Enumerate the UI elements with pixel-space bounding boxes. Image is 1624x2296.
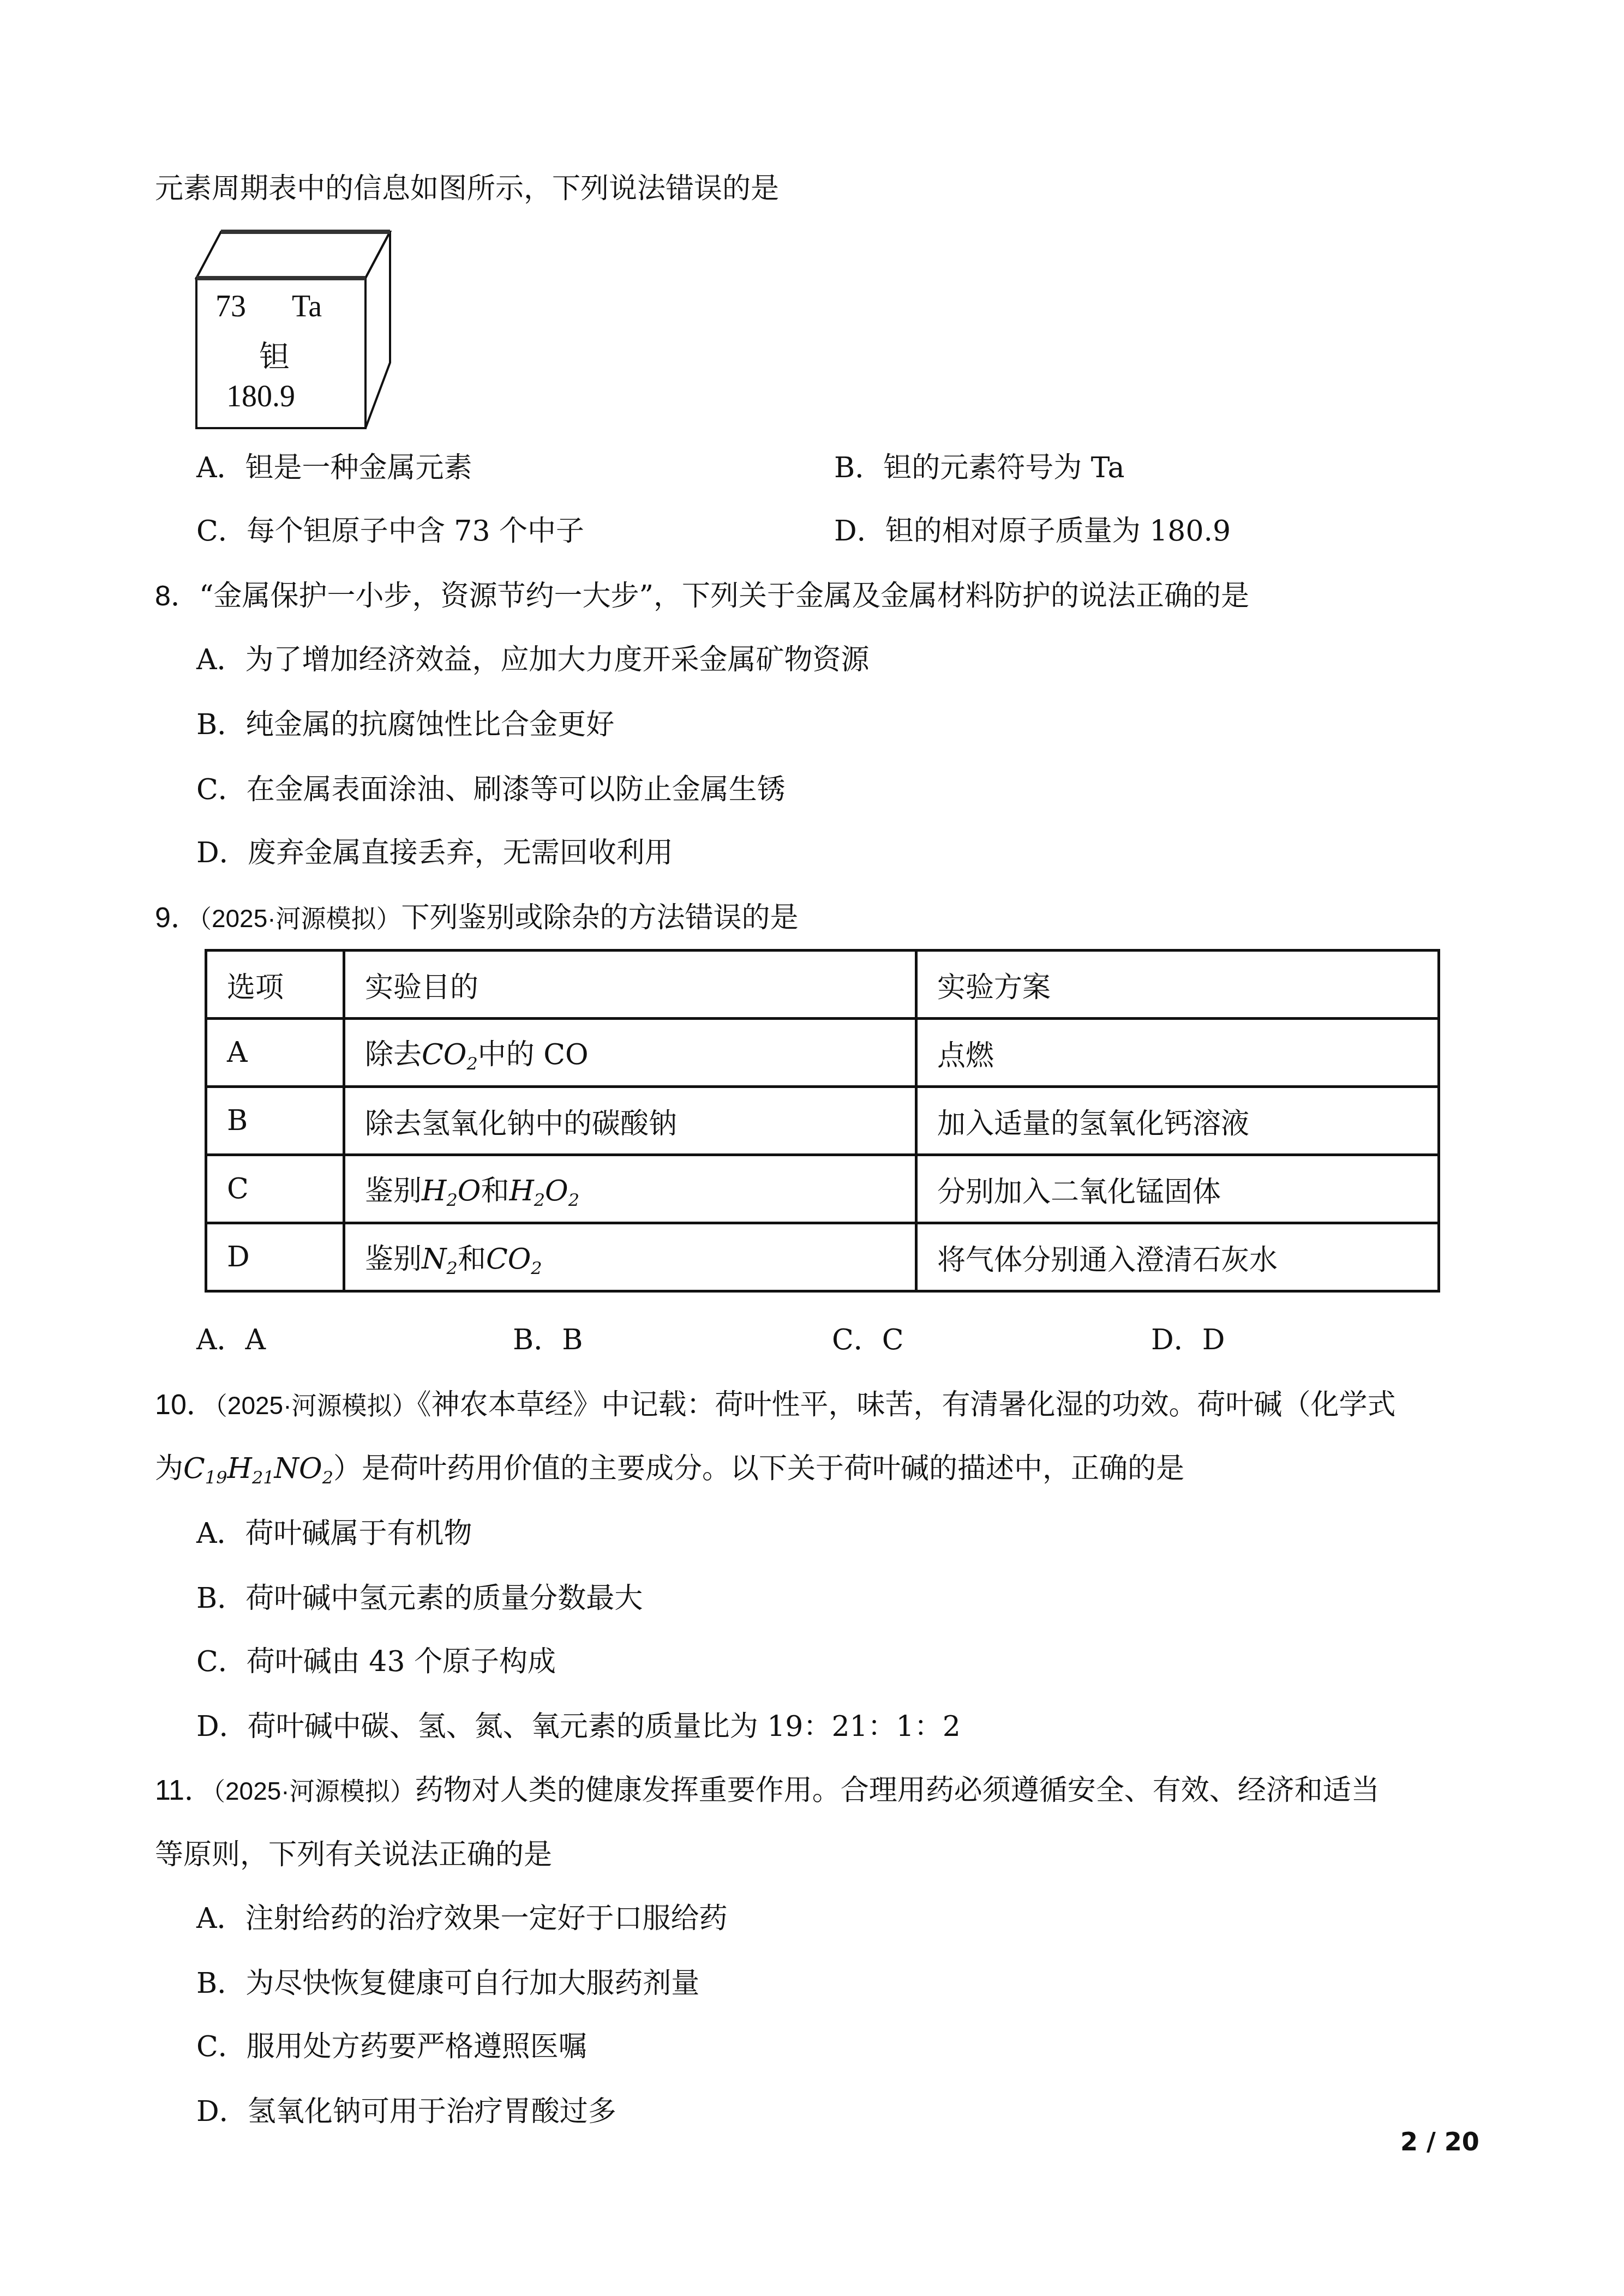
option-label: A． [196,452,245,484]
question-number: 8． [155,580,199,612]
text: 和 [458,1243,486,1276]
text: 除去 [365,1038,422,1071]
q11-stem-line1: 11．（2025·河源模拟）药物对人类的健康发挥重要作用。合理用药必须遵循安全、… [155,1774,1380,1807]
q9-table: 选项 实验目的 实验方案 A 除去CO2中的 CO 点燃 B 除去氢氧化钠中的碳… [205,949,1440,1293]
table-cell-option: A [206,1019,344,1087]
option-label: B． [834,452,883,484]
table-row: B 除去氢氧化钠中的碳酸钠 加入适量的氢氧化钙溶液 [206,1087,1439,1155]
formula: CO [422,1038,466,1071]
table-cell-purpose: 鉴别N2和CO2 [344,1223,916,1291]
atomic-number: 73 [215,289,246,324]
option-label: C． [196,515,247,548]
element-card-figure: 73 Ta 钽 180.9 [194,229,395,431]
question-text: 药物对人类的健康发挥重要作用。合理用药必须遵循安全、有效、经济和适当 [415,1774,1380,1807]
option-label: B． [196,1582,245,1615]
q8-option-b: B．纯金属的抗腐蚀性比合金更好 [196,708,614,741]
option-text: 为尽快恢复健康可自行加大服药剂量 [245,1967,699,2000]
text: 中的 CO [478,1038,589,1071]
option-text: 荷叶碱属于有机物 [245,1517,472,1550]
subscript: 2 [534,1189,545,1210]
q7-option-d: D．钽的相对原子质量为 180.9 [834,515,1231,548]
q7-option-b: B．钽的元素符号为 Ta [834,452,1124,484]
q11-option-d: D．氢氧化钠可用于治疗胃酸过多 [196,2095,616,2128]
table-cell-purpose: 除去氢氧化钠中的碳酸钠 [344,1087,916,1155]
table-header: 实验方案 [916,951,1439,1019]
subscript: 2 [568,1189,579,1210]
q10-stem-line2: 为C19H21NO2）是荷叶药用价值的主要成分。以下关于荷叶碱的描述中，正确的是 [155,1452,1184,1494]
q10-stem-line1: 10．（2025·河源模拟）《神农本草经》中记载：荷叶性平，味苦，有清暑化湿的功… [155,1389,1396,1422]
subscript: 2 [446,1189,457,1210]
question-text: 下列鉴别或除杂的方法错误的是 [401,901,799,934]
q8-option-a: A．为了增加经济效益，应加大力度开采金属矿物资源 [196,644,870,676]
table-cell-purpose: 除去CO2中的 CO [344,1019,916,1087]
q8-option-d: D．废弃金属直接丢弃，无需回收利用 [196,837,673,869]
option-text: 在金属表面涂油、刷漆等可以防止金属生锈 [247,773,786,806]
option-text: 氢氧化钠可用于治疗胃酸过多 [248,2095,616,2128]
option-label: A． [196,1517,245,1550]
q9-answer-d: D．D [1151,1324,1225,1356]
table-cell-plan: 加入适量的氢氧化钙溶液 [916,1087,1439,1155]
option-text: 注射给药的治疗效果一定好于口服给药 [245,1902,728,1935]
option-text: 纯金属的抗腐蚀性比合金更好 [245,708,614,741]
table-header: 选项 [206,951,344,1019]
element-name: 钽 [259,333,290,376]
option-label: C． [196,2030,247,2063]
q9-answer-c: C．C [832,1324,904,1356]
formula: NO [274,1452,322,1485]
subscript: 21 [252,1467,274,1488]
option-text: 荷叶碱中氢元素的质量分数最大 [245,1582,643,1615]
q10-option-c: C．荷叶碱由 43 个原子构成 [196,1645,556,1678]
table-row: D 鉴别N2和CO2 将气体分别通入澄清石灰水 [206,1223,1439,1291]
question-text: “金属保护一小步，资源节约一大步”，下列关于金属及金属材料防护的说法正确的是 [199,580,1249,612]
formula: C [183,1452,205,1485]
subscript: 19 [205,1467,227,1488]
table-cell-purpose: 鉴别H2O和H2O2 [344,1155,916,1223]
q11-option-b: B．为尽快恢复健康可自行加大服药剂量 [196,1967,699,2000]
option-label: D． [196,1710,248,1743]
q8-stem: 8．“金属保护一小步，资源节约一大步”，下列关于金属及金属材料防护的说法正确的是 [155,580,1249,612]
question-source: （2025·河源模拟） [199,904,401,933]
formula: H [509,1175,534,1207]
text: 鉴别 [365,1175,422,1207]
table-cell-option: D [206,1223,344,1291]
option-text: 荷叶碱由 43 个原子构成 [247,1645,556,1678]
q11-option-c: C．服用处方药要严格遵照医嘱 [196,2030,587,2063]
formula: H [422,1175,446,1207]
subscript: 2 [447,1258,458,1278]
option-text: 钽是一种金属元素 [245,452,472,484]
element-symbol: Ta [292,289,322,324]
question-number: 10． [155,1389,215,1421]
table-row: C 鉴别H2O和H2O2 分别加入二氧化锰固体 [206,1155,1439,1223]
q11-option-a: A．注射给药的治疗效果一定好于口服给药 [196,1902,728,1935]
subscript: 2 [322,1467,333,1488]
option-label: B． [196,1967,245,2000]
option-label: B． [196,708,245,741]
question-text: 《神农本草经》中记载：荷叶性平，味苦，有清暑化湿的功效。荷叶碱（化学式 [417,1389,1396,1421]
formula: CO [486,1243,531,1276]
option-text: 荷叶碱中碳、氢、氮、氧元素的质量比为 19：21：1：2 [248,1710,961,1743]
table-header: 实验目的 [344,951,916,1019]
text: 和 [481,1175,509,1207]
option-label: C． [196,773,247,806]
option-label: A． [196,644,245,676]
q11-stem-line2: 等原则，下列有关说法正确的是 [155,1838,552,1871]
question-source: （2025·河源模拟） [213,1777,415,1805]
table-cell-plan: 点燃 [916,1019,1439,1087]
table-cell-plan: 分别加入二氧化锰固体 [916,1155,1439,1223]
table-header-row: 选项 实验目的 实验方案 [206,951,1439,1019]
page-number: 2 / 20 [1400,2127,1479,2156]
q10-option-b: B．荷叶碱中氢元素的质量分数最大 [196,1582,643,1615]
table-cell-option: B [206,1087,344,1155]
q9-stem: 9．（2025·河源模拟）下列鉴别或除杂的方法错误的是 [155,901,799,935]
text: 鉴别 [365,1243,422,1276]
atomic-mass: 180.9 [226,379,295,414]
q7-option-c: C．每个钽原子中含 73 个中子 [196,515,584,548]
q9-answer-b: B．B [513,1324,583,1356]
table-row: A 除去CO2中的 CO 点燃 [206,1019,1439,1087]
q7-stem: 元素周期表中的信息如图所示，下列说法错误的是 [155,172,779,205]
table-cell-option: C [206,1155,344,1223]
option-text: 为了增加经济效益，应加大力度开采金属矿物资源 [245,644,870,676]
table-cell-plan: 将气体分别通入澄清石灰水 [916,1223,1439,1291]
q9-answer-a: A．A [196,1324,266,1356]
formula: N [422,1243,447,1276]
q10-option-d: D．荷叶碱中碳、氢、氮、氧元素的质量比为 19：21：1：2 [196,1710,961,1743]
q7-option-a: A．钽是一种金属元素 [196,452,472,484]
formula: O [458,1175,481,1207]
option-text: 钽的元素符号为 Ta [883,452,1124,484]
option-label: A． [196,1902,245,1935]
q10-option-a: A．荷叶碱属于有机物 [196,1517,472,1550]
option-text: 每个钽原子中含 73 个中子 [247,515,584,548]
option-label: D． [834,515,885,548]
text: ）是荷叶药用价值的主要成分。以下关于荷叶碱的描述中，正确的是 [333,1452,1184,1485]
question-number: 11． [155,1775,213,1806]
option-text: 钽的相对原子质量为 180.9 [885,515,1231,548]
option-label: C． [196,1645,247,1678]
question-source: （2025·河源模拟） [215,1391,417,1420]
text: 为 [155,1452,183,1485]
formula: O [545,1175,568,1207]
q8-option-c: C．在金属表面涂油、刷漆等可以防止金属生锈 [196,773,786,806]
option-label: D． [196,837,248,869]
formula: H [227,1452,252,1485]
subscript: 2 [531,1258,542,1278]
subscript: 2 [466,1053,477,1074]
option-label: D． [196,2095,248,2128]
option-text: 服用处方药要严格遵照医嘱 [247,2030,587,2063]
question-number: 9． [155,902,199,934]
option-text: 废弃金属直接丢弃，无需回收利用 [248,837,673,869]
